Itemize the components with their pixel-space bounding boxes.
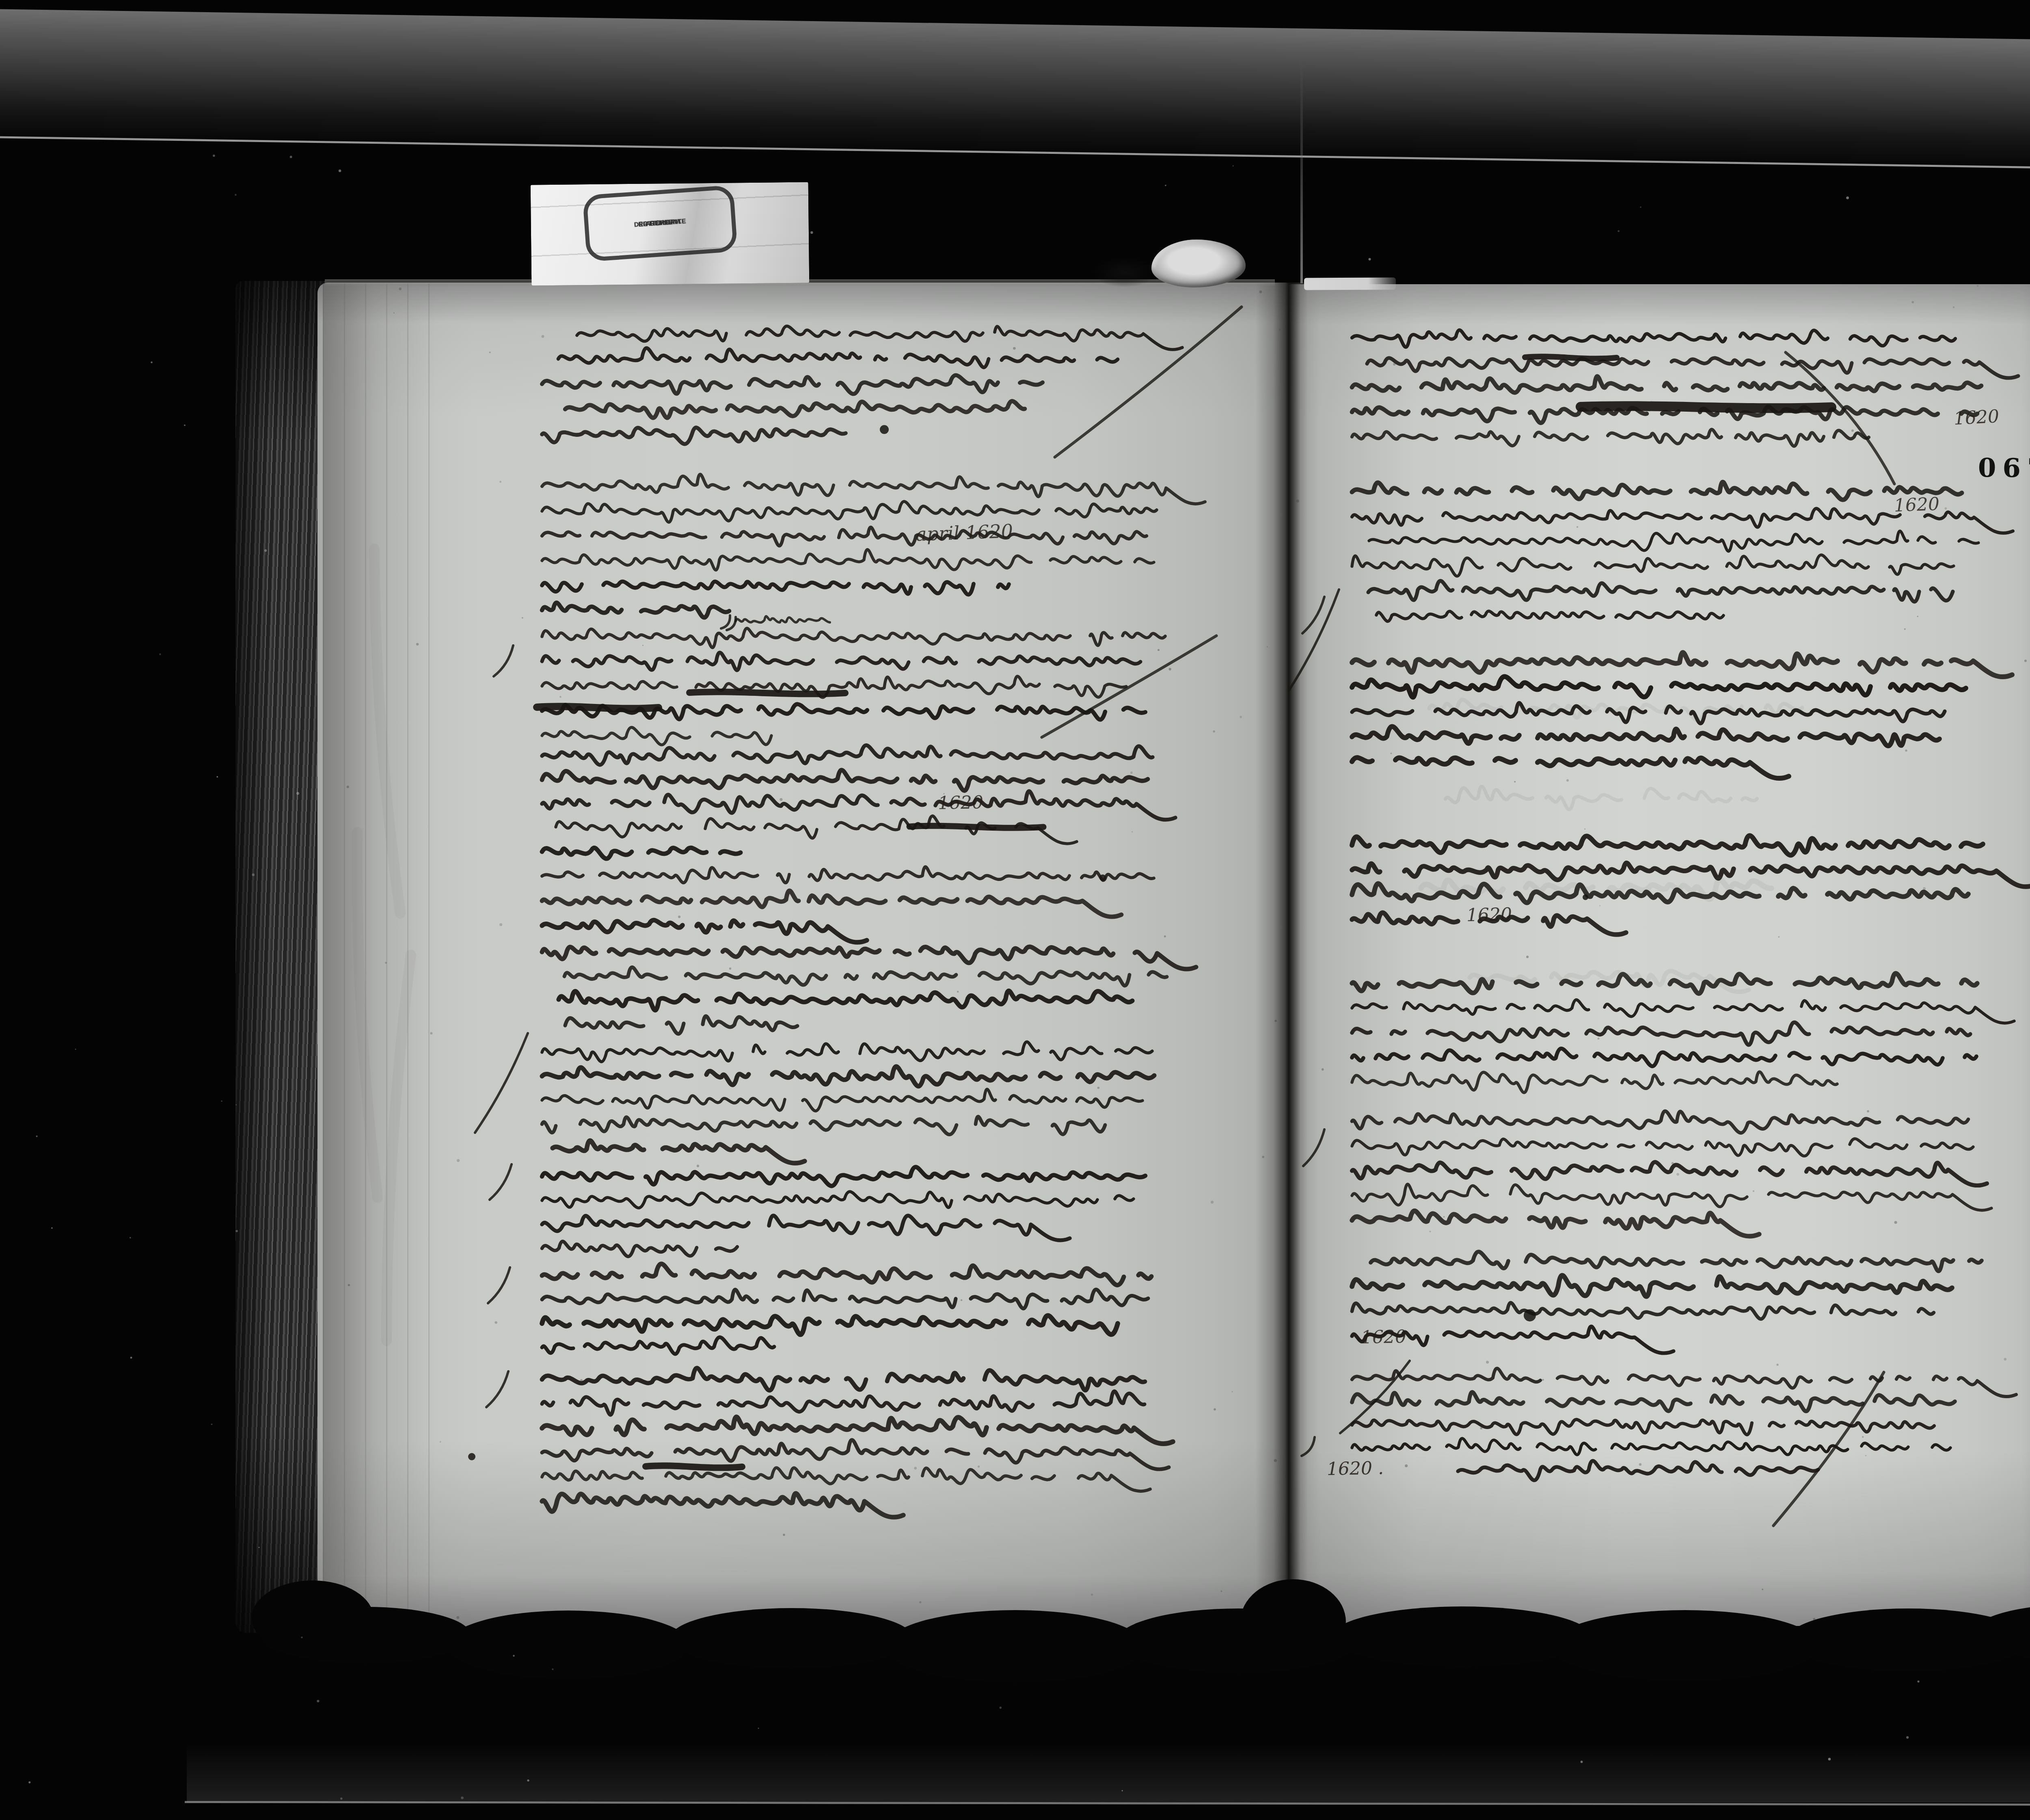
speck <box>1296 499 1299 502</box>
marginal-mark <box>1302 1437 1315 1456</box>
speck <box>430 1032 432 1034</box>
handwritten-line <box>1352 1275 1952 1296</box>
handwritten-line <box>542 947 1196 969</box>
strike-through <box>689 692 845 694</box>
speck <box>1917 616 1918 617</box>
speck <box>399 287 402 290</box>
handwritten-line <box>1369 531 1978 551</box>
speck <box>697 1165 699 1167</box>
speck <box>1731 1034 1734 1036</box>
speck <box>1945 507 1947 510</box>
manuscript-photo-stage: ARCHIEF DER GEMEENTE ROTTERDAM. 067 apri… <box>0 0 2030 1820</box>
legible-fragment: 1620 <box>1953 406 2000 429</box>
speck <box>542 335 544 338</box>
handwritten-line <box>1352 1211 1759 1236</box>
speck <box>1514 781 1516 782</box>
speck <box>75 1049 76 1050</box>
speck <box>1130 771 1133 774</box>
speck <box>758 1727 759 1729</box>
speck <box>457 1159 460 1162</box>
speck <box>527 1779 529 1781</box>
speck <box>999 1707 1002 1709</box>
speck <box>461 1796 464 1799</box>
handwritten-line <box>1352 1111 1968 1133</box>
handwritten-line <box>542 1315 1118 1334</box>
speck <box>264 549 267 552</box>
speck <box>780 798 782 801</box>
speck <box>1405 1464 1408 1467</box>
marginal-mark <box>488 1267 510 1303</box>
handwritten-line <box>1352 555 1954 576</box>
speck <box>1369 258 1371 260</box>
speck <box>489 352 491 353</box>
ghost-curve <box>387 955 411 1341</box>
handwritten-line <box>559 991 1132 1010</box>
handwritten-line <box>1352 1184 1991 1210</box>
handwritten-line <box>1458 1461 1818 1480</box>
handwritten-line <box>1352 1369 2016 1397</box>
speck <box>1480 1427 1482 1429</box>
marginal-mark <box>1289 589 1339 690</box>
speck <box>1013 684 1015 686</box>
handwritten-line <box>1371 1252 1982 1271</box>
speck <box>1117 658 1119 660</box>
speck <box>1905 749 1907 751</box>
speck <box>1599 905 1600 906</box>
speck <box>914 1467 917 1470</box>
handwritten-line <box>1352 1049 1976 1067</box>
speck <box>456 1616 459 1619</box>
speck <box>1274 1459 1277 1462</box>
speck <box>552 1669 553 1670</box>
handwritten-line <box>542 1368 1145 1390</box>
speck <box>1213 730 1215 732</box>
speck <box>1584 828 1585 829</box>
speck <box>216 776 218 778</box>
handwritten-line <box>542 1215 1070 1240</box>
handwritten-line <box>542 1417 1173 1444</box>
speck <box>1676 1173 1679 1176</box>
speck <box>1091 1593 1093 1595</box>
speck <box>1977 285 1978 287</box>
speck <box>184 425 186 426</box>
speck <box>340 1798 342 1800</box>
handwritten-line <box>542 1042 1152 1062</box>
handwritten-line <box>542 474 1205 504</box>
legible-fragment: april 1620 <box>915 520 1013 545</box>
speck <box>1526 956 1529 958</box>
handwritten-line <box>542 1289 1148 1308</box>
speck <box>1576 526 1579 528</box>
speck <box>235 1104 237 1105</box>
legible-fragment: 1620 <box>1894 494 1940 516</box>
speck <box>130 1237 131 1239</box>
handwritten-line <box>1352 1139 1973 1156</box>
pen-flourish <box>1786 352 1894 484</box>
strike-through <box>1581 406 1831 408</box>
speck <box>1548 1339 1550 1341</box>
speck <box>1777 1364 1779 1366</box>
handwritten-line <box>1352 1438 1950 1455</box>
handwritten-line <box>1352 1022 1970 1045</box>
handwritten-line <box>542 501 1157 522</box>
speck <box>1122 1790 1123 1791</box>
speck <box>1911 301 1914 304</box>
speck <box>290 155 292 158</box>
strike-through <box>1525 356 1617 358</box>
handwritten-line <box>542 550 1154 570</box>
speck <box>1598 1038 1600 1040</box>
handwritten-line <box>1368 581 1953 602</box>
handwritten-line <box>558 348 1118 367</box>
speck <box>1429 1231 1431 1232</box>
archive-stamp: ARCHIEF DER GEMEENTE ROTTERDAM. <box>582 185 738 262</box>
handwritten-line <box>542 728 771 745</box>
speck <box>258 1547 259 1548</box>
speck <box>580 1379 583 1382</box>
handwritten-line <box>542 891 1121 917</box>
speck <box>1233 165 1234 166</box>
handwritten-line <box>1352 1303 1934 1319</box>
speck <box>301 1636 302 1638</box>
speck <box>348 1284 350 1286</box>
speck <box>1640 206 1641 208</box>
speck <box>393 312 395 313</box>
speck <box>957 991 959 993</box>
handwritten-line <box>1352 652 2012 677</box>
speck <box>1221 1591 1222 1592</box>
speck <box>642 645 644 646</box>
speck <box>961 1299 963 1301</box>
handwritten-line <box>542 1337 774 1354</box>
handwritten-line <box>542 1493 903 1517</box>
speck <box>678 915 680 918</box>
handwritten-line <box>542 1468 1150 1491</box>
handwritten-line <box>1352 1000 2014 1023</box>
legible-fragment: 1620 <box>1361 1326 1407 1348</box>
speck <box>1542 1379 1544 1381</box>
speck <box>151 361 153 363</box>
handwritten-line <box>1352 430 1869 446</box>
speck <box>1639 1463 1641 1466</box>
speck <box>1211 1200 1214 1203</box>
handwritten-line <box>542 770 1148 791</box>
handwritten-line <box>565 401 1025 418</box>
handwritten-line <box>542 745 1153 765</box>
handwritten-line <box>1352 330 1955 347</box>
speck <box>1904 628 1906 630</box>
speck <box>1762 1589 1763 1590</box>
strike-through <box>646 1466 742 1468</box>
speck <box>440 1441 441 1443</box>
strike-through <box>537 706 659 708</box>
speck <box>1851 430 1854 432</box>
handwritten-line <box>564 967 1167 985</box>
handwritten-line <box>542 1391 1145 1415</box>
speck <box>235 194 237 196</box>
insertion-word <box>736 616 830 622</box>
handwritten-line <box>542 848 741 859</box>
speck <box>499 923 502 926</box>
speck <box>1232 1391 1233 1392</box>
speck <box>1846 196 1849 199</box>
handwritten-line <box>542 527 1147 546</box>
speck <box>1918 1680 1920 1682</box>
strike-through <box>909 826 1043 828</box>
speck <box>783 1534 785 1536</box>
speck <box>1566 779 1569 782</box>
speck <box>1322 1068 1324 1071</box>
handwritten-line <box>542 652 1140 670</box>
speck <box>1443 1216 1445 1218</box>
speck <box>1097 1087 1100 1089</box>
handwritten-line <box>542 1089 1142 1111</box>
speck <box>1952 386 1954 389</box>
marginal-mark <box>490 1164 512 1200</box>
speck <box>1751 894 1754 896</box>
handwritten-line <box>542 867 1154 883</box>
stamp-line-3: ROTTERDAM. <box>638 218 682 229</box>
speck <box>1279 329 1281 331</box>
handwritten-line <box>1352 1072 1837 1092</box>
speck <box>1240 716 1242 718</box>
ghost-curve <box>357 832 378 1198</box>
speck <box>1867 1110 1869 1112</box>
speck <box>221 1101 222 1102</box>
speck <box>159 653 161 655</box>
handwritten-line <box>1367 358 2018 378</box>
speck <box>235 1230 238 1232</box>
speck <box>880 425 889 434</box>
speck <box>1672 1162 1674 1164</box>
speck <box>1862 1436 1864 1438</box>
speck <box>1214 1408 1216 1411</box>
speck <box>28 1781 30 1783</box>
speck <box>978 1466 980 1468</box>
speck <box>522 617 523 619</box>
speck <box>810 231 813 234</box>
speck <box>919 1601 921 1603</box>
handwritten-line <box>1352 676 1966 697</box>
speck <box>1158 649 1160 651</box>
handwritten-line <box>1352 758 1789 778</box>
handwritten-line <box>542 427 846 444</box>
ghost-curve <box>374 549 400 913</box>
speck <box>347 786 349 788</box>
speck <box>1486 1361 1489 1364</box>
handwritten-line <box>542 1241 737 1257</box>
speck <box>296 792 299 795</box>
speck <box>2024 660 2027 662</box>
speck <box>317 1700 319 1702</box>
handwritten-line <box>553 1140 805 1163</box>
handwritten-line <box>542 1264 1151 1285</box>
handwritten-line <box>542 628 1165 648</box>
handwritten-line <box>542 1167 1145 1186</box>
handwritten-line <box>1352 1162 1987 1185</box>
speck <box>1267 646 1268 648</box>
marginal-mark <box>494 646 513 676</box>
speck <box>213 155 215 157</box>
speck <box>211 1423 213 1425</box>
speck <box>1642 762 1645 764</box>
handwritten-line <box>542 581 1009 594</box>
handwritten-line <box>1376 611 1723 621</box>
speck <box>559 696 561 698</box>
speck <box>1778 936 1779 938</box>
speck <box>339 170 341 172</box>
speck <box>1164 935 1166 937</box>
speck <box>513 1655 514 1656</box>
speck <box>1865 1455 1866 1456</box>
handwritten-line <box>542 791 1175 820</box>
speck <box>1393 363 1395 365</box>
handwriting-layer <box>0 0 2030 1820</box>
speck <box>1828 1758 1831 1761</box>
speck <box>1813 1618 1816 1620</box>
legible-fragment: 1620 <box>1466 904 1512 926</box>
speck <box>1753 1190 1754 1192</box>
handwritten-line <box>1352 376 1981 393</box>
speck <box>1169 668 1171 670</box>
marginal-mark <box>475 1033 528 1133</box>
speck <box>468 1453 475 1460</box>
pen-flourish <box>1042 636 1216 737</box>
speck <box>1906 1736 1909 1738</box>
speck <box>2004 1358 2007 1361</box>
handwritten-line <box>542 1440 1169 1469</box>
speck <box>495 1321 497 1323</box>
handwritten-line <box>1352 836 1983 855</box>
speck <box>1262 1156 1264 1158</box>
handwritten-line <box>542 603 729 618</box>
speck <box>1274 1020 1276 1022</box>
speck <box>1259 290 1262 293</box>
legible-fragment: 1620 <box>938 792 984 814</box>
speck <box>1923 887 1926 890</box>
speck <box>1524 1309 1536 1321</box>
speck <box>748 903 749 905</box>
speck <box>1618 230 1620 232</box>
marginal-mark <box>1302 597 1324 633</box>
speck <box>1099 874 1106 881</box>
speck <box>51 1227 53 1229</box>
handwritten-line <box>577 326 1182 350</box>
speck <box>1894 1221 1897 1224</box>
handwritten-line <box>542 375 1043 394</box>
speck <box>1132 831 1133 832</box>
archive-label: ARCHIEF DER GEMEENTE ROTTERDAM. <box>531 182 810 285</box>
speck <box>252 873 255 876</box>
handwritten-line <box>542 1192 1134 1208</box>
speck <box>729 967 732 970</box>
speck <box>1390 753 1392 754</box>
speck <box>1581 1761 1583 1763</box>
speck <box>416 643 419 646</box>
handwritten-line <box>565 1016 797 1034</box>
handwritten-line <box>542 1116 1105 1134</box>
speck <box>1583 894 1588 900</box>
handwritten-line <box>542 920 867 942</box>
marginal-mark <box>486 1371 508 1407</box>
legible-fragment: 1620 . <box>1327 1458 1384 1479</box>
speck <box>499 481 501 483</box>
marginal-mark <box>1303 1129 1324 1166</box>
handwritten-line <box>542 1067 1154 1086</box>
speck <box>36 1136 37 1137</box>
handwritten-line <box>1352 482 1962 500</box>
handwritten-line <box>1352 726 1939 746</box>
marginal-mark <box>721 615 730 628</box>
speck <box>1165 185 1166 186</box>
speck <box>385 962 387 964</box>
speck <box>130 1357 132 1359</box>
speck <box>1013 347 1016 350</box>
ghost-stroke <box>1445 786 1757 810</box>
folio-number: 067 <box>1978 453 2030 484</box>
speck <box>1953 307 1955 309</box>
